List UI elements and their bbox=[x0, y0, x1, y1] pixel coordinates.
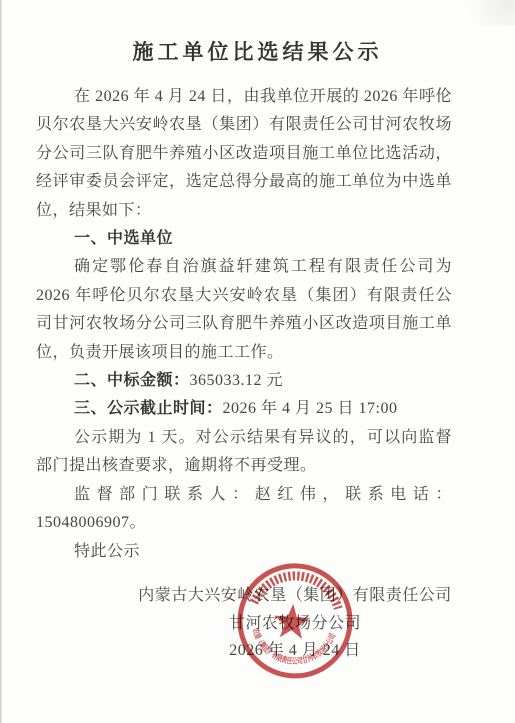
signature-date: 2026 年 4 月 24 日 bbox=[75, 637, 515, 665]
section-2-line: 二、中标金额：365033.12 元 bbox=[36, 367, 452, 395]
contact-line: 监督部门联系人：赵红伟，联系电话：15048006907。 bbox=[36, 481, 452, 538]
section-2-label: 二、中标金额： bbox=[74, 372, 190, 389]
notice-document: 施工单位比选结果公示 在 2026 年 4 月 24 日，由我单位开展的 202… bbox=[0, 0, 515, 723]
notice-body: 在 2026 年 4 月 24 日，由我单位开展的 2026 年呼伦贝尔农垦大兴… bbox=[36, 83, 452, 566]
section-1-paragraph: 确定鄂伦春自治旗益轩建筑工程有限责任公司为 2026 年呼伦贝尔农垦大兴安岭农垦… bbox=[36, 253, 452, 367]
objection-paragraph: 公示期为 1 天。对公示结果有异议的，可以向监督部门提出核查要求，逾期将不再受理… bbox=[36, 424, 452, 481]
intro-paragraph: 在 2026 年 4 月 24 日，由我单位开展的 2026 年呼伦贝尔农垦大兴… bbox=[36, 83, 452, 225]
closing-line: 特此公示 bbox=[36, 538, 452, 566]
page-title: 施工单位比选结果公示 bbox=[0, 0, 515, 66]
signature-branch: 甘河农牧场分公司 bbox=[75, 610, 515, 638]
signature-company: 内蒙古大兴安岭农垦（集团）有限责任公司 bbox=[75, 582, 515, 610]
section-2-value: 365033.12 元 bbox=[190, 372, 284, 389]
section-1-heading: 一、中选单位 bbox=[36, 225, 452, 253]
section-3-line: 三、公示截止时间：2026 年 4 月 25 日 17:00 bbox=[36, 395, 452, 423]
signature-block: 内蒙古大兴安岭农垦（集团）有限责任公司 甘河农牧场分公司 2026 年 4 月 … bbox=[75, 582, 515, 665]
section-3-label: 三、公示截止时间： bbox=[74, 400, 223, 417]
section-3-value: 2026 年 4 月 25 日 17:00 bbox=[223, 400, 398, 417]
